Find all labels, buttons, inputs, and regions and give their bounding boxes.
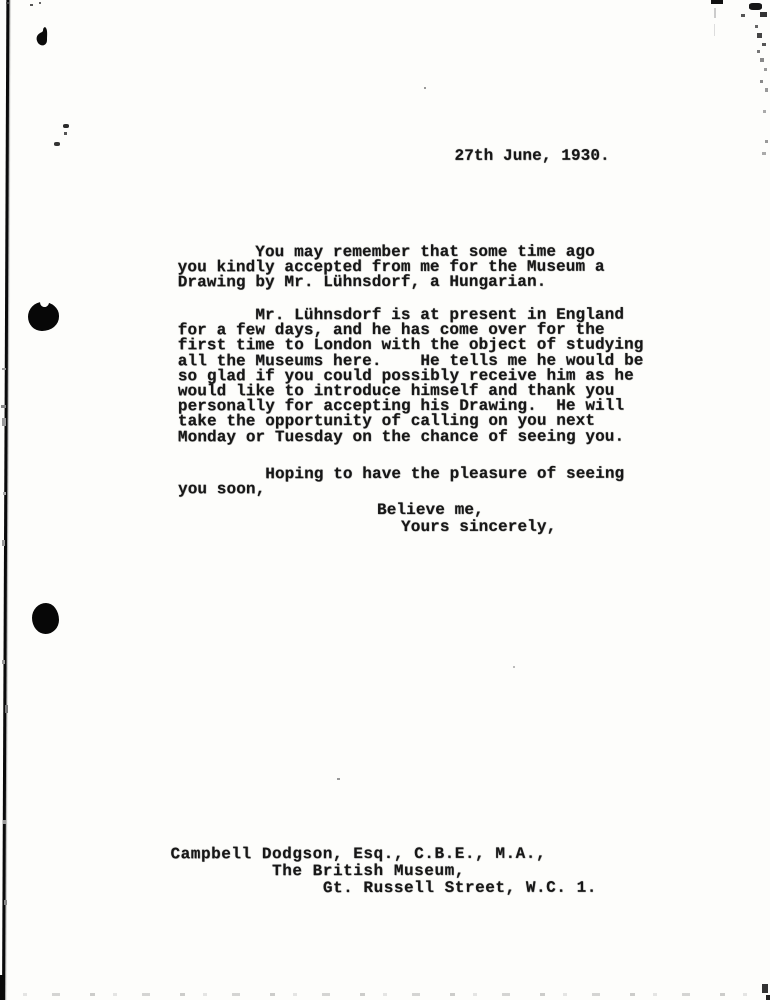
- valediction-yours-sincerely: Yours sincerely,: [401, 520, 556, 535]
- scanned-letter-page: 27th June, 1930. You may remember that s…: [0, 0, 770, 1000]
- paragraph-3: Hoping to have the pleasure of seeing yo…: [178, 467, 624, 498]
- paragraph-2: Mr. Lühnsdorf is at present in England f…: [178, 308, 644, 445]
- date-line: 27th June, 1930.: [455, 149, 610, 164]
- recipient-address: Campbell Dodgson, Esq., C.B.E., M.A., Th…: [170, 846, 596, 898]
- valediction-believe-me: Believe me,: [377, 503, 484, 518]
- paragraph-1: You may remember that some time ago you …: [178, 245, 605, 291]
- letter-body: 27th June, 1930. You may remember that s…: [0, 0, 770, 1000]
